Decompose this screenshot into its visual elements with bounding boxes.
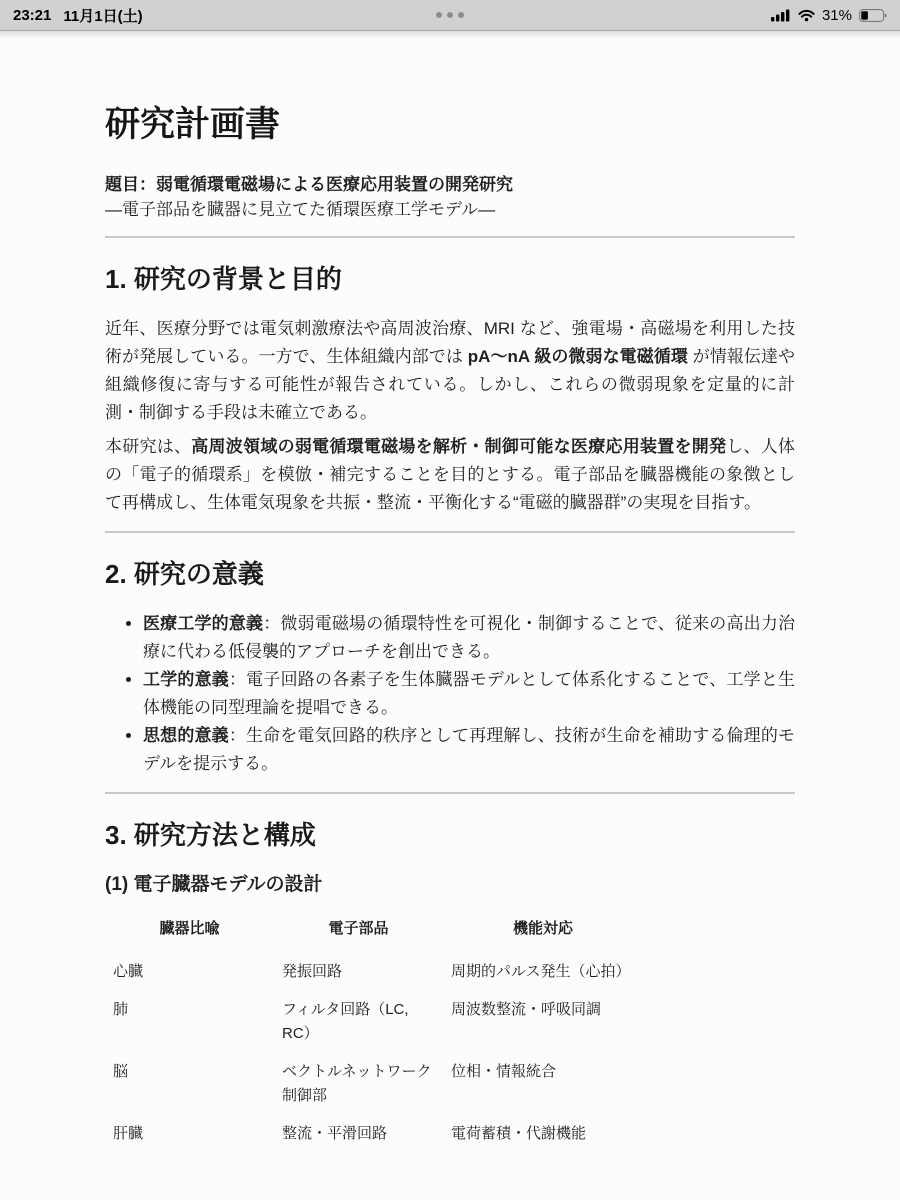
- bullet-label: 工学的意義: [143, 670, 229, 689]
- battery-percent: 31%: [822, 7, 852, 24]
- toolbar-shadow: [0, 31, 900, 39]
- paragraph-text: 本研究は、: [105, 437, 191, 456]
- status-left: 23:21 11月1日(土): [13, 5, 143, 26]
- doc-topic-line: 題目：弱電循環電磁場による医療応用装置の開発研究: [105, 173, 795, 197]
- table-cell: 整流・平滑回路: [274, 1115, 443, 1153]
- document-page[interactable]: 研究計画書 題目：弱電循環電磁場による医療応用装置の開発研究 —電子部品を臓器に…: [0, 39, 900, 1153]
- status-time: 23:21: [13, 7, 51, 24]
- battery-icon: [859, 9, 887, 22]
- table-cell: 脳: [105, 1053, 274, 1115]
- table-cell: 電荷蓄積・代謝機能: [443, 1115, 643, 1153]
- cellular-signal-icon: [771, 9, 791, 22]
- list-item: 医療工学的意義：微弱電磁場の循環特性を可視化・制御することで、従来の高出力治療に…: [143, 610, 795, 666]
- bullet-label: 思想的意義: [143, 726, 229, 745]
- status-right: 31%: [771, 7, 887, 24]
- organ-model-table: 臓器比喩 電子部品 機能対応 心臓 発振回路 周期的パルス発生（心拍） 肺 フィ…: [105, 915, 643, 1153]
- section-1-heading: 1. 研究の背景と目的: [105, 264, 795, 295]
- status-date: 11月1日(土): [63, 5, 142, 26]
- doc-title: 研究計画書: [105, 103, 795, 147]
- section-divider: [105, 236, 795, 238]
- table-header-cell: 機能対応: [443, 915, 643, 953]
- section-1-paragraph-1: 近年、医療分野では電気刺激療法や高周波治療、MRI など、強電場・高磁場を利用し…: [105, 315, 795, 427]
- table-row: 心臓 発振回路 周期的パルス発生（心拍）: [105, 953, 643, 991]
- dot-icon: [436, 12, 442, 18]
- significance-list: 医療工学的意義：微弱電磁場の循環特性を可視化・制御することで、従来の高出力治療に…: [105, 610, 795, 778]
- table-cell: ベクトルネットワーク制御部: [274, 1053, 443, 1115]
- table-header-row: 臓器比喩 電子部品 機能対応: [105, 915, 643, 953]
- table-header-cell: 臓器比喩: [105, 915, 274, 953]
- wifi-icon: [798, 9, 815, 22]
- bullet-label: 医療工学的意義: [143, 614, 263, 633]
- table-cell: 肝臓: [105, 1115, 274, 1153]
- paragraph-bold-text: 高周波領域の弱電循環電磁場を解析・制御可能な医療応用装置を開発: [191, 437, 726, 456]
- table-row: 肺 フィルタ回路（LC, RC） 周波数整流・呼吸同調: [105, 991, 643, 1053]
- table-cell: 周期的パルス発生（心拍）: [443, 953, 643, 991]
- status-bar: 23:21 11月1日(土) 31%: [0, 0, 900, 31]
- list-item: 工学的意義：電子回路の各素子を生体臓器モデルとして体系化することで、工学と生体機…: [143, 666, 795, 722]
- bullet-text: ：生命を電気回路的秩序として再理解し、技術が生命を補助する倫理的モデルを提示する…: [143, 726, 795, 773]
- table-cell: 肺: [105, 991, 274, 1053]
- section-3-heading: 3. 研究方法と構成: [105, 820, 795, 851]
- dot-icon: [458, 12, 464, 18]
- section-divider: [105, 531, 795, 533]
- multitasking-dots-icon[interactable]: [436, 12, 464, 18]
- table-header-cell: 電子部品: [274, 915, 443, 953]
- section-divider: [105, 792, 795, 794]
- table-cell: 心臓: [105, 953, 274, 991]
- table-row: 脳 ベクトルネットワーク制御部 位相・情報統合: [105, 1053, 643, 1115]
- paragraph-bold-text: pA〜nA 級の微弱な電磁循環: [468, 347, 688, 366]
- table-cell: フィルタ回路（LC, RC）: [274, 991, 443, 1053]
- list-item: 思想的意義：生命を電気回路的秩序として再理解し、技術が生命を補助する倫理的モデル…: [143, 722, 795, 778]
- section-1-paragraph-2: 本研究は、高周波領域の弱電循環電磁場を解析・制御可能な医療応用装置を開発し、人体…: [105, 433, 795, 517]
- table-cell: 発振回路: [274, 953, 443, 991]
- table-cell: 位相・情報統合: [443, 1053, 643, 1115]
- table-cell: 周波数整流・呼吸同調: [443, 991, 643, 1053]
- dot-icon: [447, 12, 453, 18]
- subsection-1-heading: (1) 電子臓器モデルの設計: [105, 873, 795, 897]
- doc-topic-subline: —電子部品を臓器に見立てた循環医療工学モデル—: [105, 198, 795, 222]
- bullet-text: ：電子回路の各素子を生体臓器モデルとして体系化することで、工学と生体機能の同型理…: [143, 670, 795, 717]
- table-row: 肝臓 整流・平滑回路 電荷蓄積・代謝機能: [105, 1115, 643, 1153]
- section-2-heading: 2. 研究の意義: [105, 559, 795, 590]
